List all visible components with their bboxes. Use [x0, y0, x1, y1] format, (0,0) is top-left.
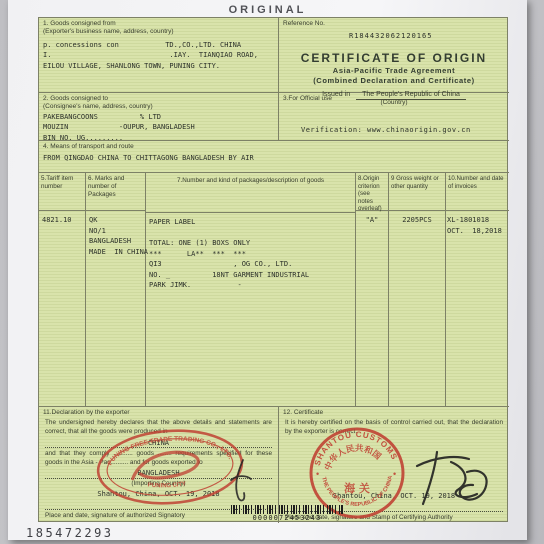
header-marks: 6. Marks and number of Packages: [86, 173, 145, 211]
box11-place-date: Shantou, China, OCT. 19, 2018: [43, 489, 274, 500]
column-marks: 6. Marks and number of Packages QK NO/1 …: [86, 173, 146, 406]
box2-sublabel: (Consignee's name, address, country): [43, 103, 274, 111]
cell-tariff: 4821.10: [39, 211, 85, 406]
box1-label: 1. Goods consigned from: [43, 20, 274, 28]
cell-gross-weight: 2205PCS: [389, 211, 445, 406]
exporter-address: p. concessions con TD.,CO.,LTD. CHINA I.…: [43, 40, 274, 72]
cell-marks: QK NO/1 BANGLADESH MADE IN CHINA: [86, 211, 145, 406]
column-description: 7.Number and kind of packages/descriptio…: [146, 173, 356, 406]
certificate-form: 1. Goods consigned from (Exporter's busi…: [38, 17, 508, 522]
box4-label: 4. Means of transport and route: [43, 143, 505, 151]
cell-origin: "A": [356, 211, 388, 406]
box11-label: 11.Declaration by the exporter: [43, 409, 274, 417]
certificate-subtitle-2: (Combined Declaration and Certificate): [283, 76, 505, 85]
reference-title-block: Reference No. R184432062120165 CERTIFICA…: [279, 18, 509, 93]
scanned-page: ORIGINAL 1. Goods consigned from (Export…: [0, 0, 544, 544]
transport-route-value: FROM QINGDAO CHINA TO CHITTAGONG BANGLAD…: [43, 153, 505, 164]
certificate-title: CERTIFICATE OF ORIGIN: [283, 51, 505, 65]
verification-url: Verification: www.chinaorigin.gov.cn: [301, 125, 505, 136]
header-origin: 8.Origin criterion (see notes overleaf): [356, 173, 388, 211]
header-description: 7.Number and kind of packages/descriptio…: [146, 173, 355, 213]
box3-official-use: 3.For Official use Verification: www.chi…: [279, 93, 509, 141]
barcode-bars-icon: [231, 505, 343, 514]
header-invoice: 10.Number and date of invoices: [446, 173, 509, 211]
certificate-text: It is hereby certified on the basis of c…: [285, 419, 503, 436]
stamp-area: [283, 437, 505, 489]
reference-label: Reference No.: [283, 20, 505, 28]
box2-goods-consigned-to: 2. Goods consigned to (Consignee's name,…: [39, 93, 279, 141]
importing-country-label: (Importing Country): [43, 480, 274, 487]
box2-label: 2. Goods consigned to: [43, 95, 274, 103]
cell-description: PAPER LABEL TOTAL: ONE (1) BOXS ONLY ***…: [146, 213, 355, 406]
barcode-number: 0000072453243: [231, 514, 343, 522]
importing-country-value: BANGLADESH: [45, 469, 272, 478]
barcode: 0000072453243: [231, 505, 343, 522]
column-tariff: 5.Tariff item number 4821.10: [39, 173, 86, 406]
column-origin: 8.Origin criterion (see notes overleaf) …: [356, 173, 389, 406]
box12-label: 12. Certificate: [283, 409, 505, 417]
paper-sheet: ORIGINAL 1. Goods consigned from (Export…: [8, 0, 527, 540]
box4-transport-route: 4. Means of transport and route FROM QIN…: [39, 141, 509, 173]
header-gross-weight: 9 Gross weight or other quantity: [389, 173, 445, 211]
declaration-text-2: and that they comply ........... goods .…: [45, 450, 272, 467]
box1-sublabel: (Exporter's business name, address, coun…: [43, 28, 274, 36]
cell-invoice: XL-1801018 OCT. 18,2018: [446, 211, 509, 406]
goods-table: 5.Tariff item number 4821.10 6. Marks an…: [39, 173, 509, 407]
produced-in-country: CHINA: [45, 439, 272, 448]
column-gross-weight: 9 Gross weight or other quantity 2205PCS: [389, 173, 446, 406]
box3-label: 3.For Official use: [283, 95, 505, 103]
certificate-subtitle-1: Asia-Pacific Trade Agreement: [283, 66, 505, 75]
consignee-address: PAKEBANGCOONS % LTD MOUZIN -OUPUR, BANGL…: [43, 112, 274, 144]
box12-place-date: Shantou, China, OCT. 19, 2018: [283, 491, 505, 502]
copy-type-heading: ORIGINAL: [8, 4, 527, 16]
column-invoice: 10.Number and date of invoices XL-180101…: [446, 173, 509, 406]
declaration-text-1: The undersigned hereby declares that the…: [45, 419, 272, 436]
box1-goods-consigned-from: 1. Goods consigned from (Exporter's busi…: [39, 18, 279, 93]
reference-number: R184432062120165: [349, 31, 505, 42]
form-serial-number: 185472293: [26, 526, 114, 540]
header-tariff: 5.Tariff item number: [39, 173, 85, 211]
